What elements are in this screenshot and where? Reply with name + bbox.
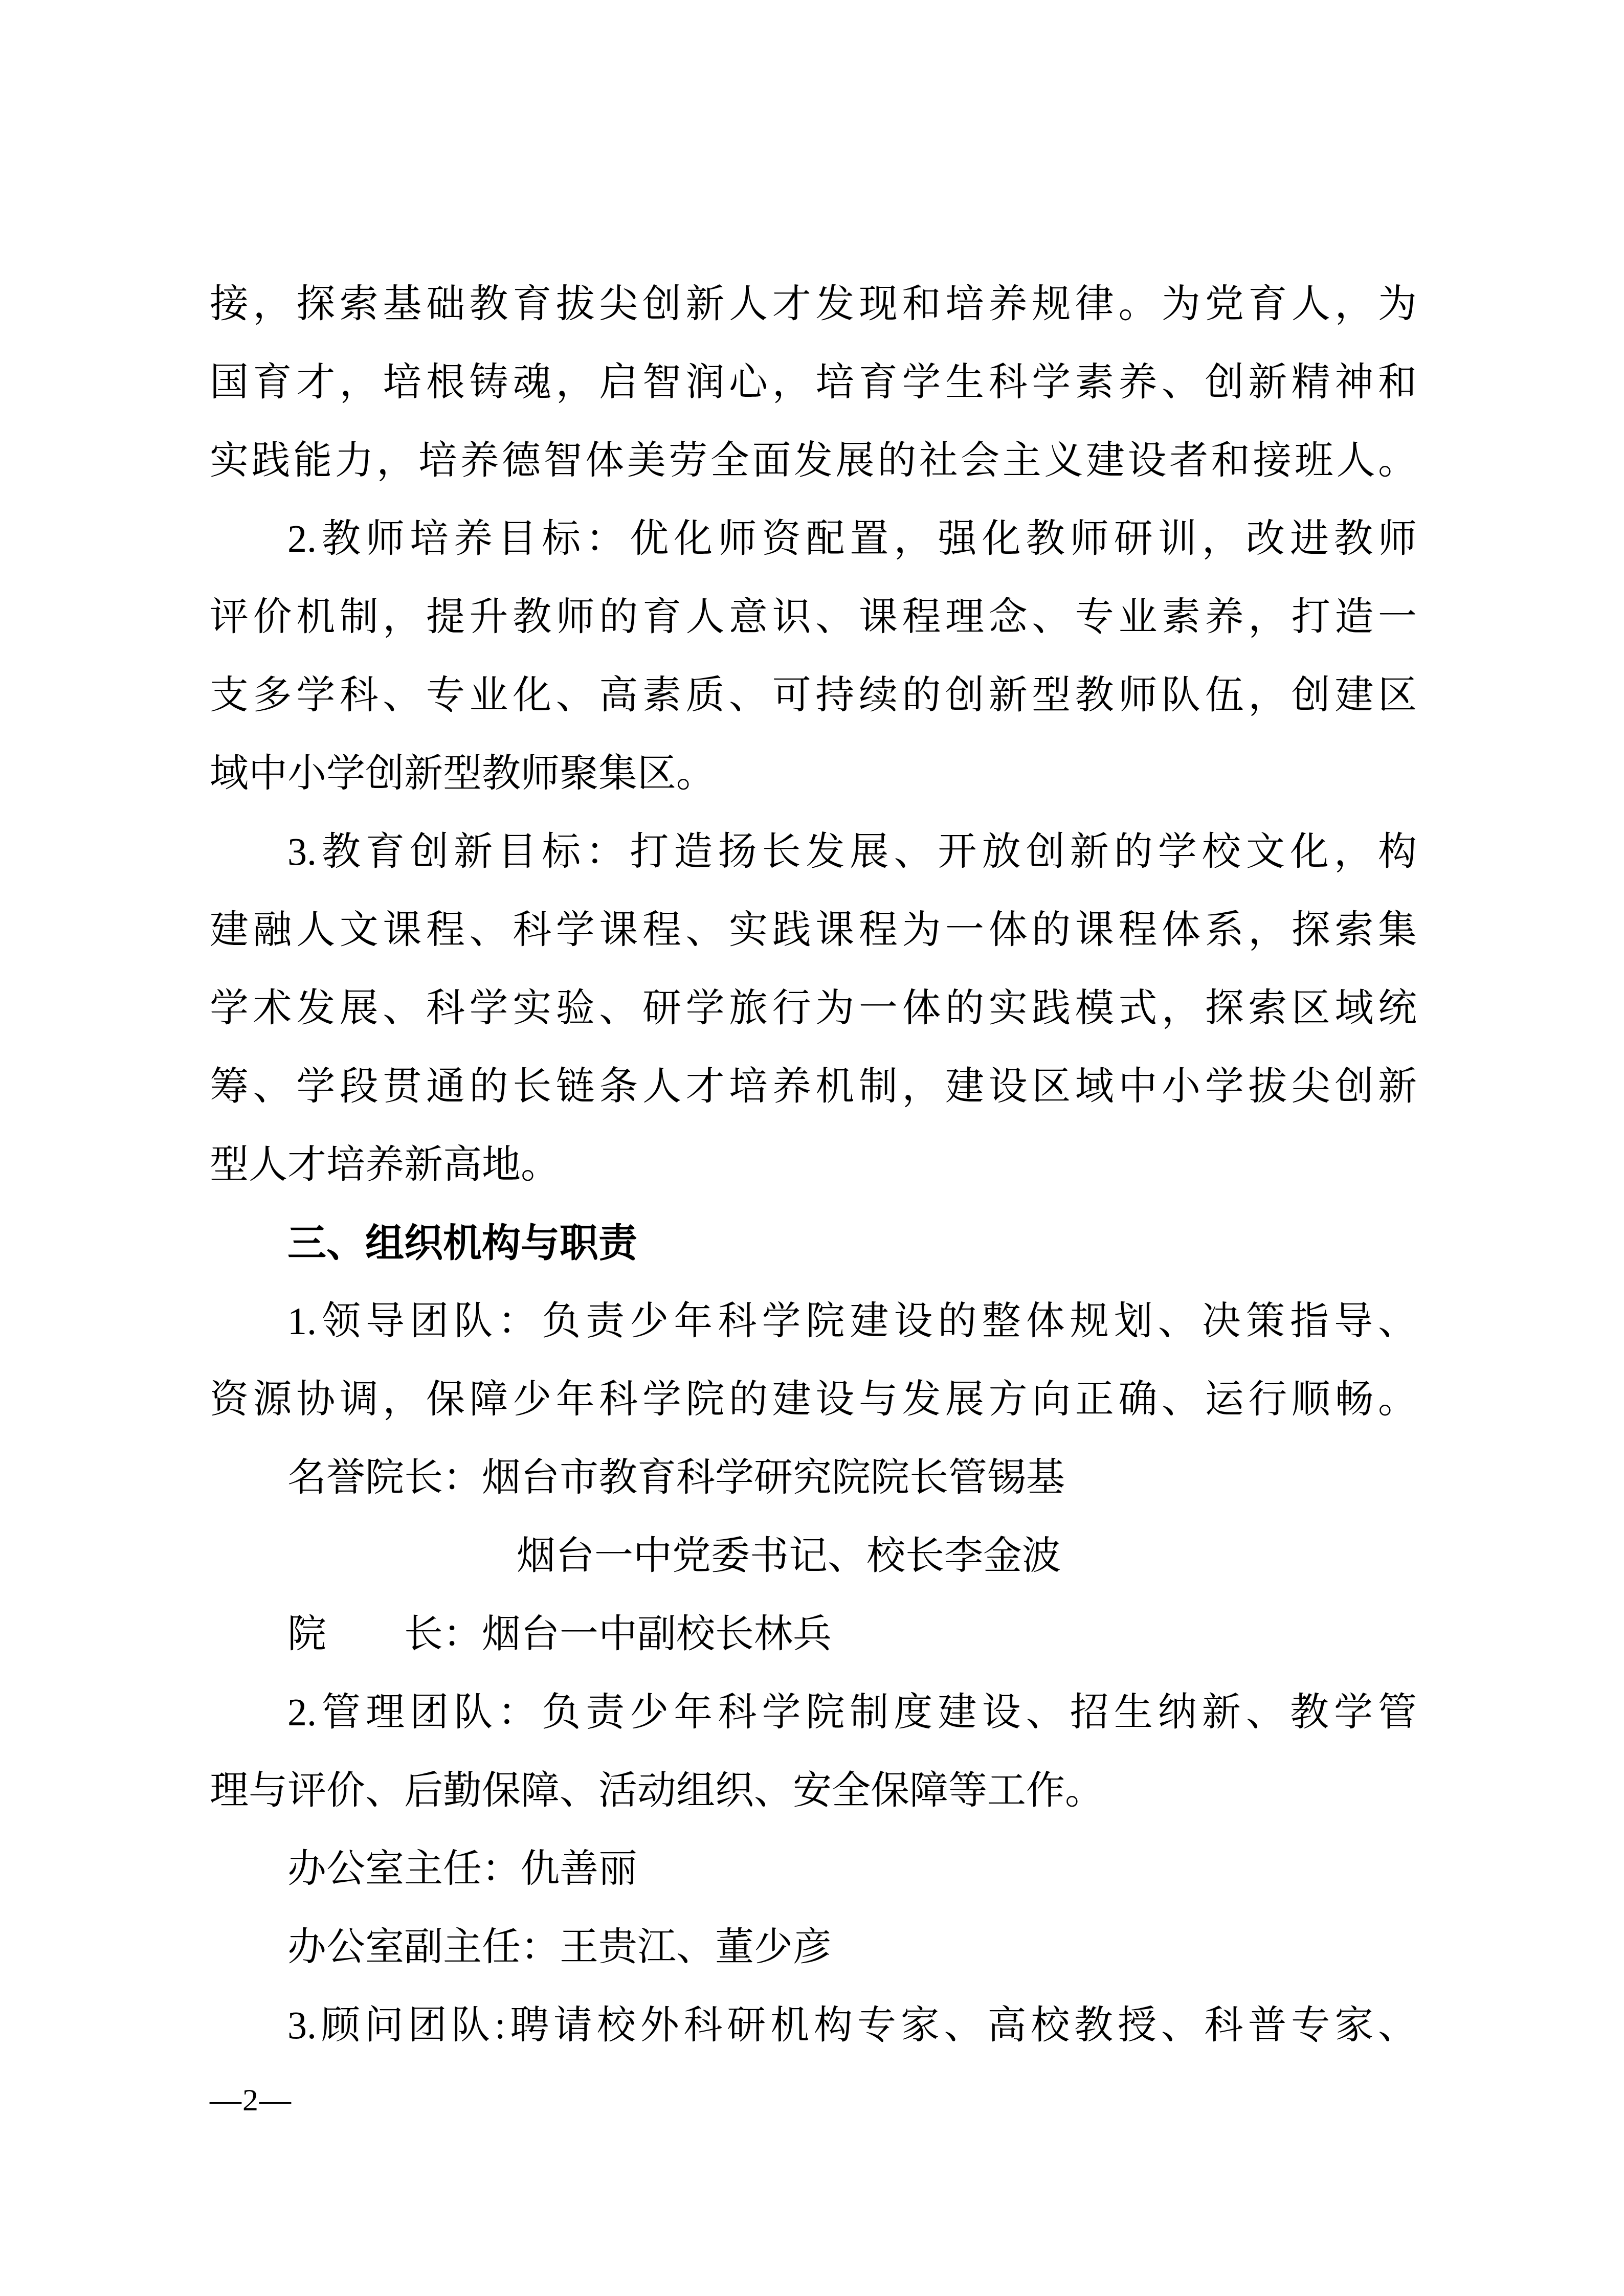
text-line-14-leadership-team: 1.领导团队：负责少年科学院建设的整体规划、决策指导、: [210, 1282, 1417, 1361]
text-line-18-president: 院 长：烟台一中副校长林兵: [210, 1595, 1417, 1674]
text-line-21-office-director: 办公室主任：仇善丽: [210, 1830, 1417, 1908]
text-line-06: 支多学科、专业化、高素质、可持续的创新型教师队伍，创建区: [210, 657, 1417, 735]
text-line-23-advisory-team: 3.顾问团队:聘请校外科研机构专家、高校教授、科普专家、: [210, 1987, 1417, 2065]
document-page: 接，探索基础教育拔尖创新人才发现和培养规律。为党育人，为 国育才，培根铸魂，启智…: [0, 0, 1624, 2296]
text-line-08-innovation-goal: 3.教育创新目标：打造扬长发展、开放创新的学校文化，构: [210, 813, 1417, 891]
text-line-22-office-deputy-directors: 办公室副主任：王贵江、董少彦: [210, 1908, 1417, 1987]
text-line-10: 学术发展、科学实验、研学旅行为一体的实践模式，探索区域统: [210, 970, 1417, 1048]
text-line-19-management-team: 2.管理团队：负责少年科学院制度建设、招生纳新、教学管: [210, 1674, 1417, 1752]
text-line-12: 型人才培养新高地。: [210, 1126, 1417, 1204]
document-body: 接，探索基础教育拔尖创新人才发现和培养规律。为党育人，为 国育才，培根铸魂，启智…: [210, 265, 1417, 2065]
text-line-17-honorary-president-2: 烟台一中党委书记、校长李金波: [210, 1517, 1417, 1595]
text-line-11: 筹、学段贯通的长链条人才培养机制，建设区域中小学拔尖创新: [210, 1048, 1417, 1126]
text-line-20: 理与评价、后勤保障、活动组织、安全保障等工作。: [210, 1752, 1417, 1830]
text-line-03: 实践能力，培养德智体美劳全面发展的社会主义建设者和接班人。: [210, 422, 1417, 500]
text-line-16-honorary-president: 名誉院长：烟台市教育科学研究院院长管锡基: [210, 1439, 1417, 1517]
text-line-04-teacher-goal: 2.教师培养目标：优化师资配置，强化教师研训，改进教师: [210, 500, 1417, 578]
text-line-07: 域中小学创新型教师聚集区。: [210, 735, 1417, 813]
text-line-15: 资源协调，保障少年科学院的建设与发展方向正确、运行顺畅。: [210, 1361, 1417, 1439]
text-line-05: 评价机制，提升教师的育人意识、课程理念、专业素养，打造一: [210, 578, 1417, 657]
section-heading-organization: 三、组织机构与职责: [210, 1204, 1417, 1282]
text-line-09: 建融人文课程、科学课程、实践课程为一体的课程体系，探索集: [210, 891, 1417, 970]
text-line-01: 接，探索基础教育拔尖创新人才发现和培养规律。为党育人，为: [210, 265, 1417, 344]
text-line-02: 国育才，培根铸魂，启智润心，培育学生科学素养、创新精神和: [210, 344, 1417, 422]
page-number: —2—: [210, 2082, 292, 2118]
